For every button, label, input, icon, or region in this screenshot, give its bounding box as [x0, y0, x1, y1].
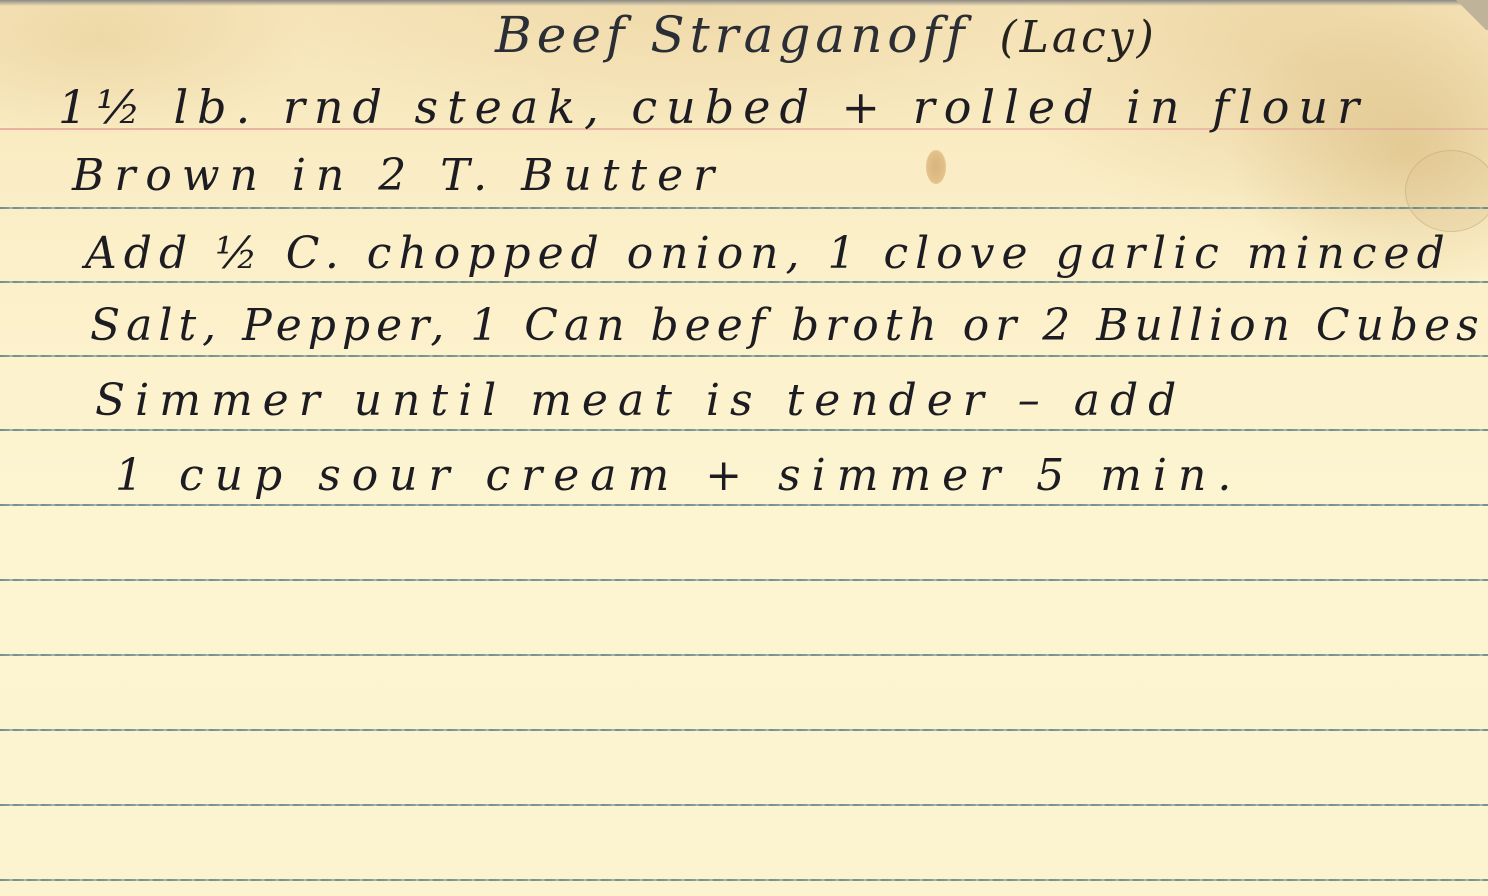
- recipe-title-text: Beef Straganoff: [495, 6, 970, 64]
- recipe-line: 1 cup sour cream + simmer 5 min.: [115, 450, 1242, 501]
- recipe-line: Brown in 2 T. Butter: [72, 150, 724, 201]
- ruled-line: [0, 429, 1488, 431]
- grease-spot: [926, 150, 946, 184]
- recipe-title-note: (Lacy): [1000, 12, 1157, 63]
- ruled-line: [0, 579, 1488, 581]
- card-corner-fold: [1448, 0, 1488, 30]
- recipe-line: 1½ lb. rnd steak, cubed + rolled in flou…: [58, 80, 1368, 134]
- ruled-line: [0, 355, 1488, 357]
- recipe-title: Beef Straganoff(Lacy): [495, 6, 1157, 64]
- ruled-line: [0, 504, 1488, 506]
- ruled-line: [0, 729, 1488, 731]
- ruled-line: [0, 654, 1488, 656]
- ruled-line: [0, 879, 1488, 881]
- recipe-line: Salt, Pepper, 1 Can beef broth or 2 Bull…: [90, 300, 1485, 351]
- stain-ring: [1405, 150, 1488, 232]
- recipe-card: Beef Straganoff(Lacy) 1½ lb. rnd steak, …: [0, 0, 1488, 896]
- ruled-line: [0, 804, 1488, 806]
- recipe-line: Simmer until meat is tender – add: [95, 375, 1186, 426]
- ruled-line: [0, 281, 1488, 283]
- recipe-line: Add ½ C. chopped onion, 1 clove garlic m…: [85, 228, 1452, 279]
- ruled-line: [0, 207, 1488, 209]
